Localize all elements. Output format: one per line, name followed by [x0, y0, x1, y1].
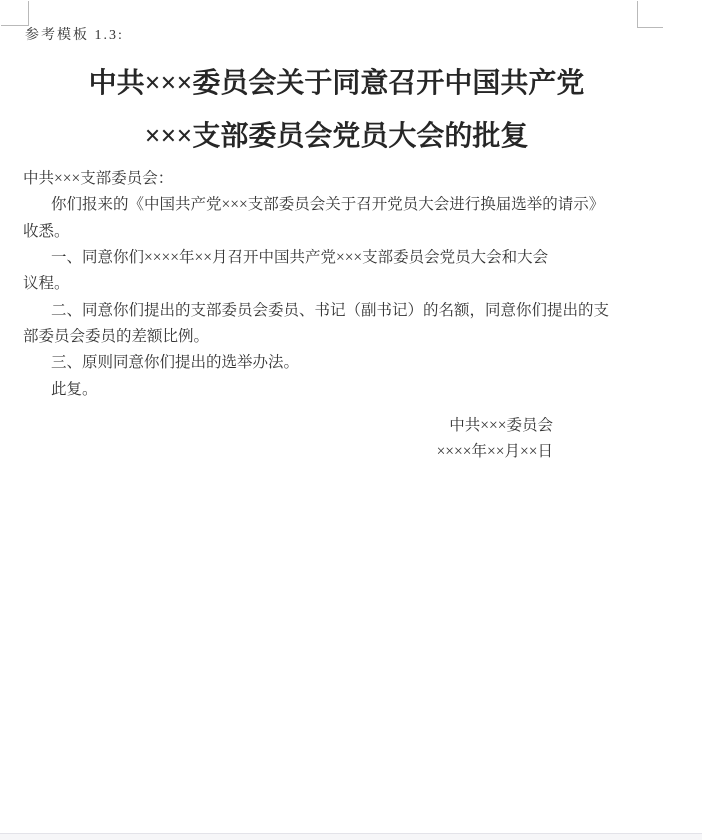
- document-body: 中共×××支部委员会： 你们报来的《中国共产党×××支部委员会关于召开党员大会进…: [23, 166, 650, 466]
- paragraph4-line[interactable]: 三、原则同意你们提出的选举办法。: [23, 350, 650, 376]
- paragraph1-line2[interactable]: 收悉。: [23, 219, 650, 245]
- document-viewport: 参考模板 1.3: 中共×××委员会关于同意召开中国共产党 ×××支部委员会党员…: [0, 0, 702, 840]
- paragraph3-line2[interactable]: 部委员会委员的差额比例。: [23, 324, 650, 350]
- signature-block: 中共×××委员会 ××××年××月××日: [23, 413, 650, 466]
- margin-cropmark-topright-vertical: [637, 1, 638, 27]
- signature-committee[interactable]: 中共×××委员会: [23, 413, 553, 439]
- margin-cropmark-topleft-horizontal: [1, 25, 28, 26]
- document-title-line1[interactable]: 中共×××委员会关于同意召开中国共产党: [23, 57, 650, 110]
- document-title: 中共×××委员会关于同意召开中国共产党 ×××支部委员会党员大会的批复: [23, 57, 650, 163]
- paragraph2-line1[interactable]: 一、同意你们××××年××月召开中国共产党×××支部委员会党员大会和大会: [23, 245, 650, 271]
- closing-line[interactable]: 此复。: [23, 377, 650, 403]
- paragraph2-line2[interactable]: 议程。: [23, 271, 650, 297]
- salutation-line[interactable]: 中共×××支部委员会：: [23, 166, 650, 192]
- status-bar: [0, 833, 702, 840]
- paragraph3-line1[interactable]: 二、同意你们提出的支部委员会委员、书记（副书记）的名额，同意你们提出的支: [23, 298, 650, 324]
- document-title-line2[interactable]: ×××支部委员会党员大会的批复: [23, 110, 650, 163]
- paragraph1-line1[interactable]: 你们报来的《中国共产党×××支部委员会关于召开党员大会进行换届选举的请示》: [23, 192, 650, 218]
- margin-cropmark-topleft-vertical: [28, 1, 29, 26]
- template-ref-label: 参考模板 1.3:: [25, 24, 124, 44]
- margin-cropmark-topright-horizontal: [637, 27, 663, 28]
- signature-date[interactable]: ××××年××月××日: [23, 439, 553, 465]
